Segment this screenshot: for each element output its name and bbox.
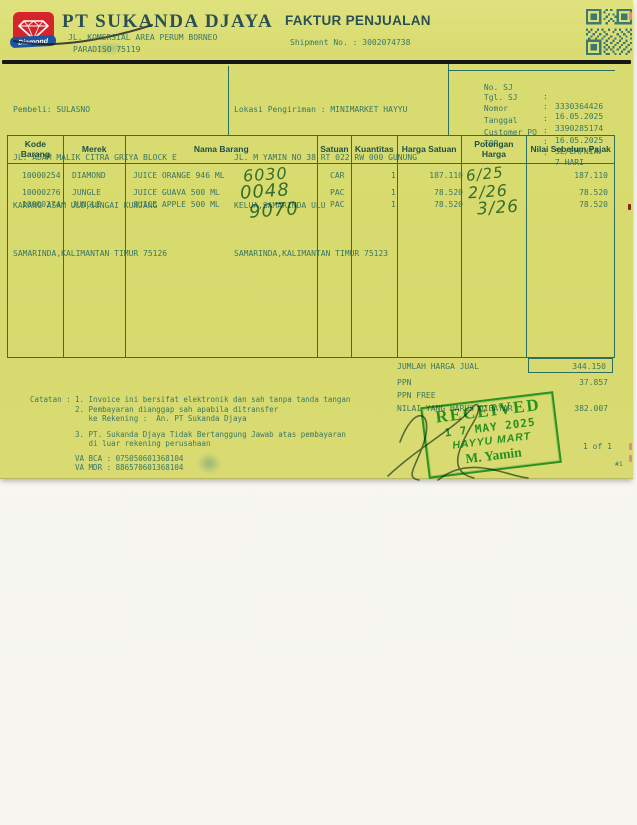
item-harga-satuan: 187.110	[408, 171, 463, 180]
col-header-kode-barang: Kode Barang	[8, 136, 64, 163]
col-header-harga-satuan: Harga Satuan	[398, 136, 462, 163]
col-header-potongan-harga: Potongan Harga	[462, 136, 528, 163]
info-box: No. SJ : 3330364426 Tgl. SJ : 16.05.2025…	[455, 73, 615, 139]
info-row: Tgl. SJ : 16.05.2025	[455, 83, 615, 95]
item-harga-satuan: 78.520	[408, 200, 463, 209]
item-kode: 10000254	[22, 171, 61, 180]
item-nama: JUICE APPLE 500 ML	[133, 200, 220, 209]
item-kuantitas: 1	[391, 200, 396, 209]
item-nama: JUICE GUAVA 500 ML	[133, 188, 220, 197]
note-line: 1. Invoice ini bersifat elektronik dan s…	[75, 395, 350, 404]
handwritten-code-3: 9070	[248, 198, 299, 222]
teal-smudge	[197, 453, 221, 474]
item-satuan: CAR	[330, 171, 344, 180]
company-address-line1: JL. KOMERSIAL AREA PERUM BORNEO	[68, 33, 217, 43]
red-edge-mark	[628, 204, 631, 210]
item-kuantitas: 1	[391, 171, 396, 180]
item-kuantitas: 1	[391, 188, 396, 197]
invoice-paper: Diamond PT SUKANDA DJAYA JL. KOMERSIAL A…	[0, 0, 633, 479]
notes-heading: Catatan :	[30, 395, 71, 404]
note-line: di luar rekening perusahaan	[75, 439, 210, 448]
info-divider-2	[448, 64, 449, 135]
qr-code	[586, 9, 632, 55]
item-satuan: PAC	[330, 188, 344, 197]
document-title: FAKTUR PENJUALAN	[285, 13, 431, 28]
col-header-satuan: Satuan	[318, 136, 352, 163]
info-row: Tanggal : 16.05.2025	[455, 107, 615, 119]
items-table-header: Kode Barang Merek Nama Barang Satuan Kua…	[7, 135, 615, 164]
ppn-value: 37.857	[540, 378, 608, 387]
item-nilai: 78.520	[540, 188, 608, 197]
item-merek: JUNGLE	[72, 188, 101, 197]
va-bca-line: VA BCA : 075050601368104	[75, 454, 183, 463]
item-merek: JUNGLE	[72, 200, 101, 209]
buyer-name: Pembeli: SULASNO	[13, 102, 177, 118]
company-name: PT SUKANDA DJAYA	[62, 11, 273, 33]
info-row: No. SJ : 3330364426	[455, 73, 615, 83]
handwritten-date-3: 3/26	[476, 197, 519, 220]
jumlah-value: 344.150	[533, 362, 606, 371]
item-kode: 10000276	[22, 188, 61, 197]
info-row: Customer PO : SL/EM/NIA	[455, 118, 615, 129]
item-nilai: 78.520	[540, 200, 608, 209]
va-mdr-line: VA MDR : 886570601368104	[75, 463, 183, 472]
pink-edge-mark	[629, 455, 632, 462]
signature-scribble	[378, 390, 588, 482]
col-header-kuantitas: Kuantitas	[352, 136, 398, 163]
info-box-top-line	[448, 70, 615, 71]
col-header-nama-barang: Nama Barang	[126, 136, 318, 163]
shipment-number: Shipment No. : 3002074738	[290, 38, 410, 48]
col-header-nilai-sebelum-pajak: Nilai Sebelum Pajak	[527, 136, 614, 163]
scanned-invoice-page: { "header": { "company_name": "PT SUKAND…	[0, 0, 637, 825]
item-kode: 10000274	[22, 200, 61, 209]
item-nama: JUICE ORANGE 946 ML	[133, 171, 225, 180]
page-indicator: 1 of 1	[583, 442, 612, 452]
item-nilai: 187.110	[540, 171, 608, 180]
item-merek: DIAMOND	[72, 171, 106, 180]
ppn-label: PPN	[397, 378, 411, 387]
col-header-merek: Merek	[64, 136, 126, 163]
shipping-location: Lokasi Pengiriman : MINIMARKET HAYYU	[234, 102, 417, 118]
corner-mark-2: #1	[615, 460, 623, 468]
note-line: 2. Pembayaran dianggap sah apabila ditra…	[75, 405, 278, 414]
company-address-line2: PARADISO 75119	[73, 45, 140, 55]
items-table: Kode Barang Merek Nama Barang Satuan Kua…	[7, 135, 615, 358]
pink-edge-mark	[629, 12, 632, 20]
item-satuan: PAC	[330, 200, 344, 209]
pink-edge-mark	[629, 443, 632, 450]
info-divider-1	[228, 66, 229, 135]
note-line: ke Rekening : An. PT Sukanda Djaya	[75, 414, 247, 423]
header-divider-rule	[2, 60, 631, 64]
jumlah-label: JUMLAH HARGA JUAL	[397, 362, 479, 371]
item-harga-satuan: 78.520	[408, 188, 463, 197]
info-row: Nomor : 3390285174	[455, 95, 615, 107]
note-line: 3. PT. Sukanda Djaya Tidak Bertanggung J…	[75, 430, 346, 439]
